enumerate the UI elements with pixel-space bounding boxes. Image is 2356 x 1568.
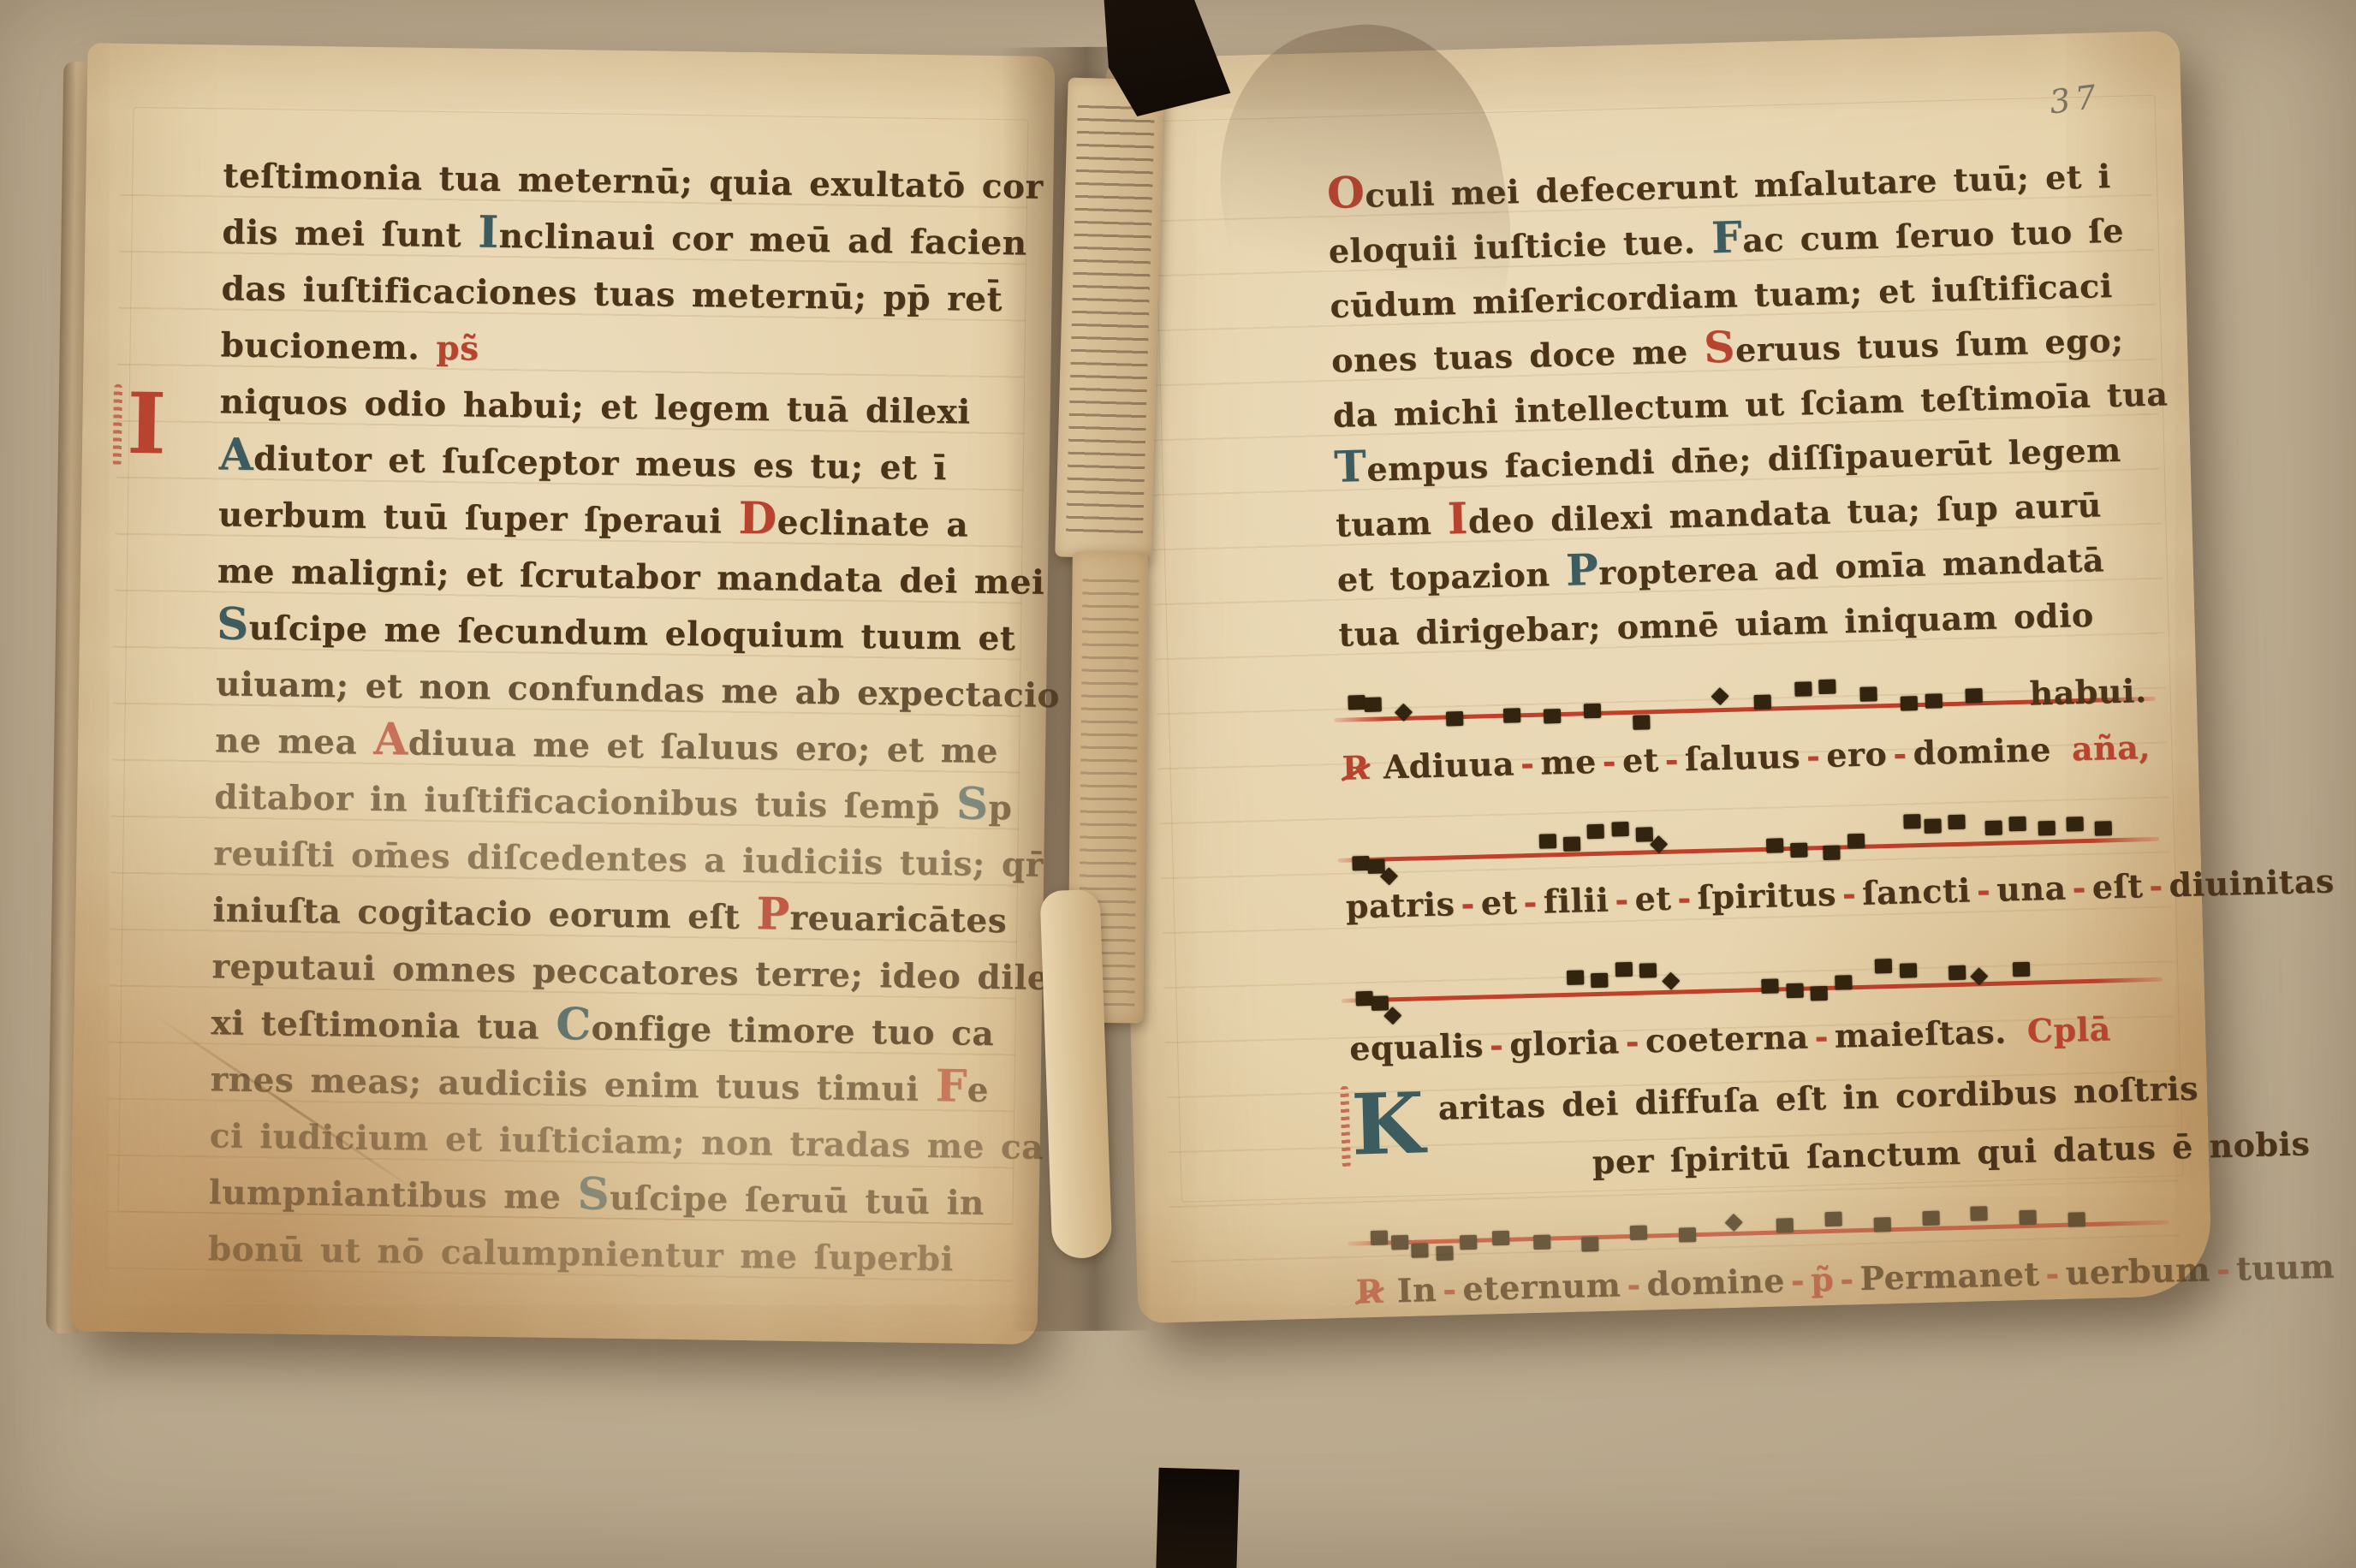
responsory-mark: R xyxy=(1355,1272,1383,1311)
neume xyxy=(1818,680,1835,695)
text-segment: niquos odio habui; et legem tuā dilexi xyxy=(219,382,971,431)
illuminated-initial: I xyxy=(1447,493,1469,544)
text-segment: ditabor in iuſtificacionibus tuis ſemp̄ xyxy=(214,777,956,827)
neume xyxy=(1924,818,1941,834)
text-segment: lumpniantibus me xyxy=(209,1173,578,1217)
chant-word: ſancti xyxy=(1862,871,1972,912)
neume xyxy=(1811,986,1828,1001)
neume xyxy=(1901,696,1918,711)
neume xyxy=(1873,1217,1890,1232)
neume xyxy=(1538,834,1556,849)
text-segment: ropterea ad omīa mandatā xyxy=(1598,540,2105,591)
chant-word: patris xyxy=(1345,884,1455,925)
photograph-mat: { "meta": { "page_number": "37" }, "pale… xyxy=(0,0,2356,1568)
neume xyxy=(1367,858,1384,874)
chant-dash: - xyxy=(1840,1259,1854,1298)
chant-word: gloria xyxy=(1509,1022,1621,1063)
neume xyxy=(1615,962,1633,977)
text-line: das iuſtificaciones tuas meternū; pp̄ re… xyxy=(221,269,1021,319)
text-line: uerbum tuū ſuper ſperaui Declinate a xyxy=(218,495,1019,545)
chant-word: In xyxy=(1396,1270,1437,1310)
neume xyxy=(1899,963,1916,978)
neume xyxy=(1492,1231,1509,1246)
chant-dash: - xyxy=(1976,870,1990,909)
illuminated-initial: O xyxy=(1326,167,1365,218)
text-line: ones tuas doce me Seruus tuus ſum ego; xyxy=(1331,320,2144,380)
neume xyxy=(2009,817,2026,832)
neume xyxy=(1348,695,1365,710)
chant-dash: - xyxy=(2072,868,2086,906)
text-segment: iniuſta cogitacio eorum eſt xyxy=(212,890,757,937)
text-segment: uſcipe me ſecundum eloquium tuum et xyxy=(248,609,1015,659)
neume xyxy=(1533,1235,1550,1250)
chant-word: tuum xyxy=(2235,1247,2335,1288)
neume xyxy=(1971,1206,1988,1221)
text-segment: reputaui omnes peccatores terre; ideo di… xyxy=(211,947,1049,998)
responsory-mark: R xyxy=(1342,748,1370,787)
illuminated-initial: I xyxy=(127,383,168,467)
text-line: per ſpiritū ſanctum qui datus ē nobis xyxy=(1352,1128,2164,1188)
text-segment: diuua me et ſaluus ero; et me xyxy=(408,723,998,771)
neume xyxy=(1965,688,1982,704)
neume xyxy=(1446,711,1463,727)
text-segment: da michi intellectum ut ſciam teſtimoīa … xyxy=(1332,374,2169,435)
text-segment: reuaricātes xyxy=(789,899,1007,941)
text-segment: uſcipe ſeruū tuū in xyxy=(610,1179,985,1223)
text-line: dis mei ſunt Inclinaui cor meū ad facien xyxy=(222,212,1022,263)
text-segment: xi teſtimonia tua xyxy=(211,1003,556,1048)
text-line: Tempus faciendi dn̄e; diſſipauerūt legem xyxy=(1334,430,2146,490)
neume xyxy=(2013,962,2030,977)
text-segment: ci iudicium et iuſticiam; non tradas me … xyxy=(209,1116,1044,1167)
chant-word: domine xyxy=(1913,730,2051,772)
neume xyxy=(1794,681,1812,697)
text-line: cūdum miſericordiam tuam; et iuſtificaci xyxy=(1330,265,2142,325)
chant-dash: - xyxy=(2149,866,2163,905)
illuminated-initial: P xyxy=(756,888,790,941)
neume xyxy=(1567,970,1584,985)
neume xyxy=(1679,1227,1696,1243)
neume xyxy=(1636,827,1653,842)
neume xyxy=(1563,836,1580,852)
staff-line xyxy=(1342,977,2163,1003)
text-line: bucionem. ps̃ xyxy=(220,325,1020,376)
text-line: ci iudicium et iuſticiam; non tradas me … xyxy=(209,1116,1009,1167)
text-segment: ps̃ xyxy=(436,329,479,369)
text-segment: empus faciendi dn̄e; diſſipauerūt legem xyxy=(1366,431,2121,489)
neume xyxy=(1711,687,1729,705)
text-segment: das iuſtificaciones tuas meternū; pp̄ re… xyxy=(221,269,1002,319)
chant-word: filii xyxy=(1543,881,1609,921)
text-line: tuam Ideo dilexi mandata tua; ſup aurū xyxy=(1336,484,2148,544)
illuminated-initial: S xyxy=(217,598,250,650)
chant-dash: - xyxy=(1814,1017,1829,1055)
neume xyxy=(1948,815,1966,830)
neume xyxy=(1903,814,1920,829)
neume xyxy=(1984,821,2002,836)
text-segment: diutor et ſuſceptor meus es tu; et ī xyxy=(253,439,947,488)
binding-fragment-top xyxy=(1055,78,1164,560)
illuminated-initial: F xyxy=(1710,211,1743,263)
illuminated-initial: A xyxy=(218,429,253,481)
chant-word: domine xyxy=(1646,1261,1785,1303)
neume xyxy=(1365,697,1382,712)
chant-dash: - xyxy=(1806,736,1820,775)
text-line: da michi intellectum ut ſciam teſtimoīa … xyxy=(1332,375,2145,435)
chant-dash: - xyxy=(1790,1261,1805,1299)
text-line: me maligni; et ſcrutabor mandata dei mei xyxy=(217,551,1018,602)
text-segment: eruus tuus ſum ego; xyxy=(1734,321,2124,370)
chant-dash: - xyxy=(1627,1265,1641,1304)
neume xyxy=(1847,834,1865,849)
text-segment: deo dilexi mandata tua; ſup aurū xyxy=(1467,485,2102,540)
neume xyxy=(1766,838,1783,853)
bookmark-strap-bottom xyxy=(1156,1468,1239,1568)
text-line: lumpniantibus me Suſcipe ſeruū tuū in xyxy=(209,1173,1009,1223)
neume xyxy=(1371,995,1388,1011)
chant-word: uerbum xyxy=(2065,1250,2210,1292)
neume xyxy=(1502,708,1520,723)
neume xyxy=(2038,821,2055,836)
text-segment: eloquii iuſticie tue. xyxy=(1328,222,1711,270)
text-segment: dis mei ſunt xyxy=(222,212,478,255)
illuminated-initial: P xyxy=(1565,544,1599,596)
neume xyxy=(1776,1218,1794,1233)
text-line: Karitas dei diffuſa eſt in cordibus noſt… xyxy=(1351,1070,2163,1130)
chant-dash: - xyxy=(1461,884,1475,923)
chant-word: p̃ xyxy=(1811,1260,1835,1299)
chant-word: eſt xyxy=(2091,866,2144,906)
chant-word: et xyxy=(1621,740,1659,780)
illuminated-initial: S xyxy=(577,1168,610,1221)
chant-word: ſpiritus xyxy=(1697,875,1837,917)
text-line: Suſcipe me ſecundum eloquium tuum et xyxy=(217,608,1017,658)
neume xyxy=(1754,695,1771,710)
chant-dash: - xyxy=(1443,1269,1457,1308)
chant-word: Adiuua xyxy=(1383,744,1515,786)
text-segment: culi mei defecerunt mſalutare tuū; et i xyxy=(1365,157,2111,215)
text-segment: per ſpiritū ſanctum qui datus ē nobis xyxy=(1591,1124,2311,1181)
music-tail-text: habui. xyxy=(2029,671,2147,713)
text-segment: uerbum tuū ſuper ſperaui xyxy=(218,495,739,541)
neume xyxy=(1662,972,1680,990)
text-segment: et topazion xyxy=(1336,555,1566,599)
neume xyxy=(1584,704,1601,719)
neume xyxy=(2094,821,2111,836)
neume xyxy=(1725,1214,1743,1232)
illuminated-initial: S xyxy=(956,778,990,830)
chant-dash: - xyxy=(1625,1022,1639,1060)
text-line: tua dirigebar; omnē uiam iniquam odio xyxy=(1338,594,2151,654)
illuminated-initial: T xyxy=(1334,441,1367,492)
text-block-left: teſtimonia tua meternū; quia exultatō co… xyxy=(70,43,1056,1345)
neume xyxy=(1948,965,1965,981)
text-segment: teſtimonia tua meternū; quia exultatō co… xyxy=(223,156,1044,206)
chant-dash: - xyxy=(1523,882,1538,921)
chant-dash: - xyxy=(1893,734,1907,772)
chant-word: diuinitas xyxy=(2169,861,2335,904)
neume xyxy=(1544,709,1561,724)
chant-word: ero xyxy=(1826,734,1888,775)
text-line: ditabor in iuſtificacionibus tuis ſemp̄ … xyxy=(214,777,1014,828)
chant-dash: - xyxy=(1664,739,1679,778)
text-segment: eclinate a xyxy=(776,502,968,544)
text-segment: bonū ut nō calumpnientur me ſuperbi xyxy=(208,1229,955,1279)
text-segment: e xyxy=(967,1071,989,1110)
text-line: Oculi mei defecerunt mſalutare tuū; et i xyxy=(1327,156,2139,216)
chant-word: una xyxy=(1996,869,2067,909)
neume xyxy=(1791,843,1808,858)
neume xyxy=(2068,1212,2085,1227)
illuminated-initial: C xyxy=(556,999,592,1051)
chant-dash: - xyxy=(1615,880,1629,918)
illuminated-initial: D xyxy=(738,493,777,545)
neume xyxy=(1875,959,1892,974)
illuminated-initial: I xyxy=(478,207,499,258)
staff-line xyxy=(1337,837,2159,863)
neume xyxy=(1824,1212,1841,1227)
neume xyxy=(1630,1226,1647,1241)
text-segment: me maligni; et ſcrutabor mandata dei mei xyxy=(217,551,1045,602)
text-line: iniuſta cogitacio eorum eſt Preuaricātes xyxy=(212,890,1013,941)
neume xyxy=(1824,846,1841,861)
fragment-script-lines xyxy=(1066,100,1155,542)
chant-dash: - xyxy=(2216,1250,2230,1288)
text-segment: tuam xyxy=(1336,502,1449,543)
text-block-right: Oculi mei defecerunt mſalutare tuū; et i… xyxy=(1105,31,2212,1323)
text-line: reuiſti om̄es diſcedentes a iudiciis tui… xyxy=(213,834,1014,884)
chant-word: et xyxy=(1480,882,1518,922)
text-segment: aritas dei diffuſa eſt in cordibus noſtr… xyxy=(1437,1069,2198,1127)
text-line: Adiutor et ſuſceptor meus es tu; et ī xyxy=(218,438,1019,489)
manuscript-page-left: teſtimonia tua meternū; quia exultatō co… xyxy=(70,43,1056,1345)
chant-dash: - xyxy=(2045,1254,2060,1292)
folio-number: 37 xyxy=(2048,77,2103,121)
text-line: xi teſtimonia tua Confige timore tuo ca xyxy=(211,1003,1011,1054)
neume xyxy=(1587,824,1604,840)
text-segment: ne mea xyxy=(215,721,374,763)
neume xyxy=(1835,975,1852,990)
neume xyxy=(1639,963,1657,978)
neume xyxy=(1391,1235,1408,1250)
text-line: rnes meas; audiciis enim tuus timui Fe xyxy=(210,1060,1010,1110)
neume xyxy=(1591,973,1608,989)
text-line: eloquii iuſticie tue. Fac cum ſeruo tuo … xyxy=(1328,211,2140,270)
text-segment: cūdum miſericordiam tuam; et iuſtificaci xyxy=(1330,266,2113,325)
text-line: et topazion Propterea ad omīa mandatā xyxy=(1336,539,2149,599)
neume xyxy=(1633,715,1650,730)
chant-dash: - xyxy=(1520,744,1534,782)
rubric-mark: aña, xyxy=(2071,728,2151,768)
neume xyxy=(1786,983,1803,999)
rubric-mark: Cplā xyxy=(2026,1009,2111,1050)
text-line: bonū ut nō calumpnientur me ſuperbi xyxy=(208,1229,1008,1280)
chant-dash: - xyxy=(1677,878,1692,917)
text-segment: reuiſti om̄es diſcedentes a iudiciis tui… xyxy=(213,834,1044,885)
text-segment: p xyxy=(988,788,1012,828)
text-line: uiuam; et non confundas me ab expectacio xyxy=(216,664,1016,715)
neume xyxy=(1460,1235,1477,1250)
illuminated-initial: F xyxy=(935,1060,967,1113)
illuminated-initial: S xyxy=(1703,322,1735,373)
chant-word: equalis xyxy=(1349,1026,1484,1068)
chant-word: coeterna xyxy=(1645,1018,1809,1060)
parchment-fold-strip xyxy=(1040,889,1113,1259)
chant-word: me xyxy=(1540,742,1597,782)
neume xyxy=(2066,817,2083,832)
illuminated-initial: A xyxy=(373,714,408,766)
neume xyxy=(1371,1231,1388,1246)
chant-word: maieſtas. xyxy=(1834,1013,2007,1055)
neume xyxy=(1582,1237,1599,1252)
chant-word: eternum xyxy=(1462,1265,1621,1308)
chant-dash: - xyxy=(1489,1025,1503,1064)
text-line: reputaui omnes peccatores terre; ideo di… xyxy=(211,947,1012,997)
text-segment: rnes meas; audiciis enim tuus timui xyxy=(210,1060,936,1109)
chant-word: et xyxy=(1634,879,1672,918)
text-segment: ones tuas doce me xyxy=(1331,331,1705,379)
text-segment: bucionem. xyxy=(220,325,436,368)
neume xyxy=(1436,1246,1453,1262)
text-segment: uiuam; et non confundas me ab expectacio xyxy=(216,664,1060,716)
text-line: Iniquos odio habui; et legem tuā dilexi xyxy=(219,382,1020,432)
text-line: ne mea Adiuua me et ſaluus ero; et me xyxy=(215,721,1015,771)
neume xyxy=(1859,686,1877,702)
chant-word: Permanet xyxy=(1859,1255,2040,1298)
text-segment: onfige timore tuo ca xyxy=(591,1009,994,1054)
chant-dash: - xyxy=(1602,741,1616,780)
manuscript-page-right: Oculi mei defecerunt mſalutare tuū; et i… xyxy=(1105,31,2212,1323)
text-segment: nclinaui cor meū ad facien xyxy=(498,217,1026,264)
text-segment: tua dirigebar; omnē uiam iniquam odio xyxy=(1338,596,2094,654)
chant-dash: - xyxy=(1841,874,1856,912)
chant-word: ſaluus xyxy=(1684,737,1800,779)
neume xyxy=(1412,1243,1429,1258)
neume xyxy=(1922,1211,1939,1226)
text-segment: ac cum ſeruo tuo ſe xyxy=(1742,211,2125,260)
neume xyxy=(2020,1210,2037,1226)
text-line: teſtimonia tua meternū; quia exultatō co… xyxy=(223,156,1023,206)
neume xyxy=(1762,978,1779,994)
neume xyxy=(1925,693,1942,709)
neume xyxy=(1611,822,1628,837)
